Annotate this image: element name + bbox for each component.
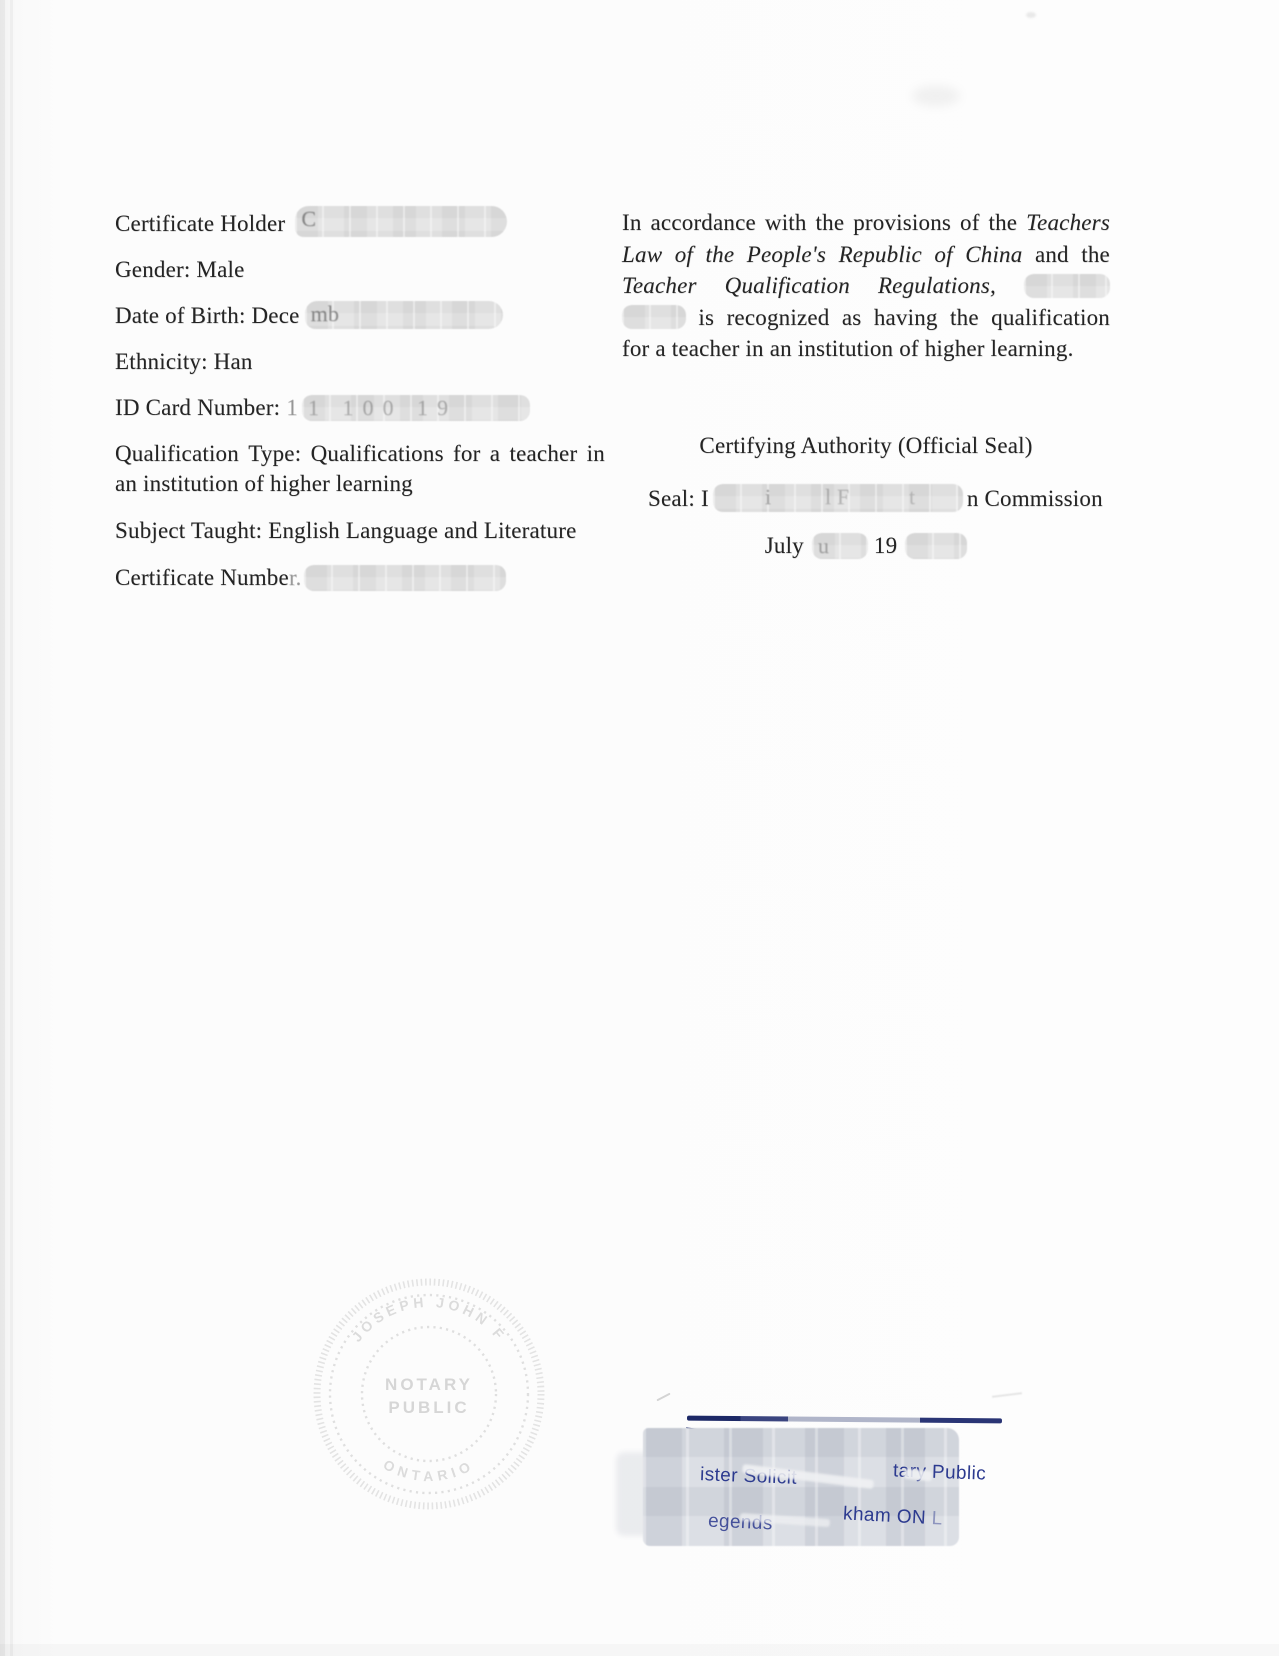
word-italic: Teachers (1026, 207, 1110, 239)
seal-center-text-public: PUBLIC (388, 1398, 469, 1417)
id-label: ID Card Number: (115, 395, 286, 420)
field-subject-taught: Subject Taught: English Language and Lit… (115, 516, 605, 546)
field-qualification-type-line1: Qualification Type: Qualifications for a… (115, 439, 605, 469)
ghost-letter: L (931, 1508, 943, 1530)
ghost-digit: 1 (286, 395, 298, 420)
field-seal: Seal: Iil Ftn Commission (622, 484, 1110, 514)
svg-text:ONTARIO: ONTARIO (381, 1456, 477, 1484)
date-year: 19 (874, 533, 897, 558)
word-italic: Law (622, 239, 662, 271)
paragraph-line-1: In accordance with the provisions of the… (622, 207, 1110, 239)
svg-text:JOSEPH JOHN F: JOSEPH JOHN F (348, 1294, 509, 1345)
dob-label: Date of Birth: Dece (115, 303, 300, 328)
field-id-card-number: ID Card Number: 11 100 19 (115, 393, 605, 423)
redaction-id-number: 1 100 19 (302, 395, 530, 421)
seal-center-text-notary: NOTARY (385, 1375, 473, 1394)
word: qualification (991, 302, 1110, 334)
word: with (765, 207, 807, 239)
word: Qualifications (311, 439, 444, 469)
field-date: Julyu19 (622, 531, 1110, 561)
certificate-number-label: Certificate Numbe (115, 565, 289, 590)
ghost-letters: l F (825, 484, 849, 510)
redaction-certificate-number (304, 565, 506, 591)
word: for (453, 439, 480, 469)
seal-dotted-ring-inner (362, 1327, 496, 1461)
seal-arc-bottom-text: ONTARIO (381, 1456, 477, 1484)
scan-smudge (912, 86, 960, 106)
right-column-statement: In accordance with the provisions of the… (622, 207, 1110, 561)
word-italic: of (675, 239, 693, 271)
scan-bottom-shadow (0, 1644, 1279, 1656)
field-gender: Gender: Male (115, 255, 605, 285)
ghost-letter: i (765, 484, 771, 510)
pencil-mark (656, 1393, 670, 1402)
word-italic: Regulations, (878, 270, 996, 302)
scan-edge-artifact (0, 0, 5, 1656)
field-qualification-type-line2: an institution of higher learning (115, 469, 605, 499)
redaction-dob: mb (305, 301, 503, 329)
redaction-date-day: u (812, 533, 868, 559)
word: in (587, 439, 605, 469)
scan-edge-line (10, 0, 13, 1656)
word: and (1035, 239, 1069, 271)
paragraph-line-4: is recognized as having the qualificatio… (622, 302, 1110, 334)
word: the (989, 207, 1018, 239)
ghost-letters: r. (289, 565, 302, 590)
word: In (622, 207, 642, 239)
word-italic: Qualification (725, 270, 850, 302)
ghost-letter: t (909, 484, 915, 510)
word: is (698, 302, 714, 334)
paragraph-line-3: Teacher Qualification Regulations, (622, 270, 1110, 302)
paragraph-line-2: Law of the People's Republic of China an… (622, 239, 1110, 271)
word-italic: Republic (839, 239, 922, 271)
redaction-seal-name: il Ft (713, 484, 963, 512)
word: the (816, 207, 845, 239)
word: Qualification (115, 439, 239, 469)
field-ethnicity: Ethnicity: Han (115, 347, 605, 377)
left-column-fields: Certificate HolderC Gender: Male Date of… (115, 206, 605, 609)
redaction-holder-name: C (295, 206, 507, 237)
seal-arc-top-text: JOSEPH JOHN F (348, 1294, 509, 1345)
scanned-certificate-page: Certificate HolderC Gender: Male Date of… (0, 0, 1279, 1656)
word: of (960, 207, 980, 239)
word: Type: (248, 439, 301, 469)
word: as (842, 302, 862, 334)
redaction-date-year (905, 533, 967, 559)
embossed-notary-seal: JOSEPH JOHN F ONTARIO NOTARY PUBLIC (309, 1269, 549, 1519)
field-date-of-birth: Date of Birth: Decemb (115, 301, 605, 331)
word-italic: the (706, 239, 735, 271)
word: provisions (853, 207, 951, 239)
word: recognized (727, 302, 830, 334)
field-certificate-number: Certificate Number. (115, 563, 605, 593)
ghost-letters: mb (311, 301, 340, 327)
signature-line (687, 1416, 1002, 1424)
scan-speck (1026, 12, 1036, 18)
date-month: July (765, 533, 804, 558)
seal-suffix: n Commission (967, 486, 1103, 511)
word: the (950, 302, 979, 334)
seal-label: Seal: I (648, 486, 709, 511)
word: teacher (510, 439, 578, 469)
field-certificate-holder: Certificate HolderC (115, 206, 605, 239)
redaction-holder-name-inline (1024, 274, 1110, 298)
word: a (490, 439, 500, 469)
stamp-city-fragment: kham ON (843, 1503, 927, 1528)
paragraph-line-5: for a teacher in an institution of highe… (622, 333, 1110, 365)
word-italic: China (965, 239, 1022, 271)
word-italic: of (934, 239, 952, 271)
ghost-letter: u (818, 533, 829, 559)
word: accordance (651, 207, 756, 239)
ghost-letter: C (301, 206, 316, 232)
ghost-digits: 1 100 19 (308, 395, 457, 421)
certifying-authority-heading: Certifying Authority (Official Seal) (622, 431, 1110, 461)
word: having (874, 302, 938, 334)
word: the (1081, 239, 1110, 271)
word-italic: Teacher (622, 270, 697, 302)
certificate-holder-label: Certificate Holder (115, 211, 285, 236)
pencil-mark-right (992, 1392, 1022, 1398)
redaction-holder-name-inline-2 (622, 305, 686, 329)
word-italic: People's (747, 239, 826, 271)
